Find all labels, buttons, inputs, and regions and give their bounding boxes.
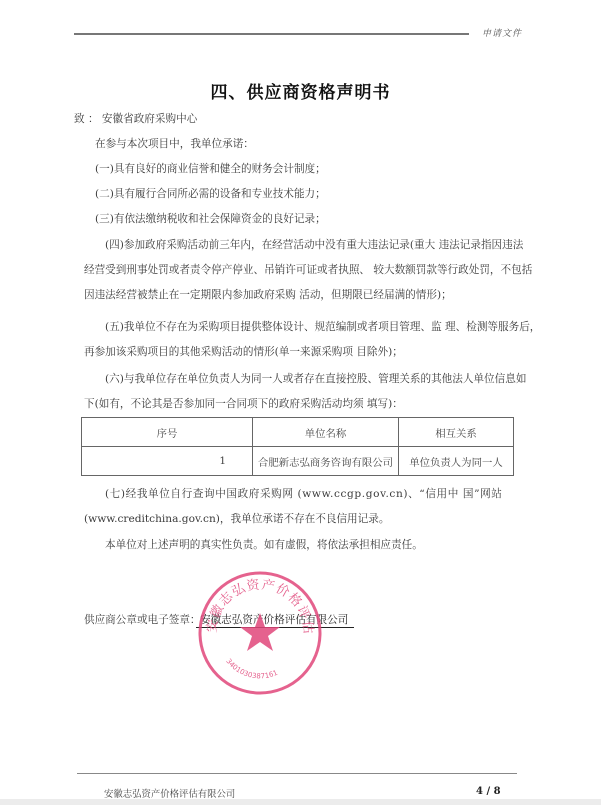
cell-name: 合肥新志弘商务咨询有限公司 <box>253 447 399 476</box>
header-divider <box>74 33 469 35</box>
intro-text: 在参与本次项目中，我单位承诺： <box>95 138 254 151</box>
item-7-line-1: (七)经我单位自行查询中国政府采购网 (www.ccgp.gov.cn)、“信用… <box>105 488 502 501</box>
closing-statement: 本单位对上述声明的真实性负责。如有虚假，将依法承担相应责任。 <box>105 539 423 552</box>
item-7-line-2: (www.creditchina.gov.cn)，我单位承诺不存在不良信用记录。 <box>84 513 389 526</box>
item-4-line-2: 经营受到刑事处罚或者责令停产停业、吊销许可证或者执照、 较大数额罚款等行政处罚，… <box>84 264 532 277</box>
company-seal-icon: 安徽志弘资产价格评估有限公司 3401030387161 <box>196 569 324 697</box>
table-row: 1 合肥新志弘商务咨询有限公司 单位负责人为同一人 <box>82 447 514 476</box>
item-3: (三)有依法缴纳税收和社会保障资金的良好记录； <box>95 213 326 226</box>
signature-label: 供应商公章或电子签章： <box>84 614 201 627</box>
footer-company: 安徽志弘资产价格评估有限公司 <box>104 786 235 800</box>
bottom-band <box>0 799 601 805</box>
footer-divider <box>77 773 517 774</box>
addressee: 致 ： 安徽省政府采购中心 <box>74 113 197 126</box>
page-number: 4 / 8 <box>476 786 501 797</box>
page-header-label: 申请文件 <box>482 26 522 39</box>
page-title: 四、供应商资格声明书 <box>0 78 601 103</box>
seal-code: 3401030387161 <box>224 657 278 680</box>
item-2: (二)具有履行合同所必需的设备和专业技术能力； <box>95 188 326 201</box>
header-cell-relation: 相互关系 <box>399 418 514 447</box>
item-5-line-2: 再参加该采购项目的其他采购活动的情形(单一来源采购项 目除外)； <box>84 346 403 359</box>
item-1: (一)具有良好的商业信誉和健全的财务会计制度； <box>95 163 326 176</box>
svg-text:3401030387161: 3401030387161 <box>224 657 278 680</box>
header-cell-name: 单位名称 <box>253 418 399 447</box>
item-4-line-1: (四)参加政府采购活动前三年内，在经营活动中没有重大违法记录(重大 违法记录指因… <box>105 239 523 252</box>
table-header-row: 序号 单位名称 相互关系 <box>82 418 514 447</box>
item-6-line-2: 下(如有，不论其是否参加同一合同项下的政府采购活动均须 填写)： <box>84 398 403 411</box>
item-4-line-3: 因违法经营被禁止在一定期限内参加政府采购 活动，但期限已经届满的情形)； <box>84 289 452 302</box>
cell-relation: 单位负责人为同一人 <box>399 447 514 476</box>
item-5-line-1: (五)我单位不存在为采购项目提供整体设计、规范编制或者项目管理、监 理、检测等服… <box>105 321 540 334</box>
cell-index: 1 <box>82 447 253 476</box>
header-cell-index: 序号 <box>82 418 253 447</box>
item-6-line-1: (六)与我单位存在单位负责人为同一人或者存在直接控股、管理关系的其他法人单位信息… <box>105 373 526 386</box>
related-entities-table: 序号 单位名称 相互关系 1 合肥新志弘商务咨询有限公司 单位负责人为同一人 <box>81 417 514 476</box>
